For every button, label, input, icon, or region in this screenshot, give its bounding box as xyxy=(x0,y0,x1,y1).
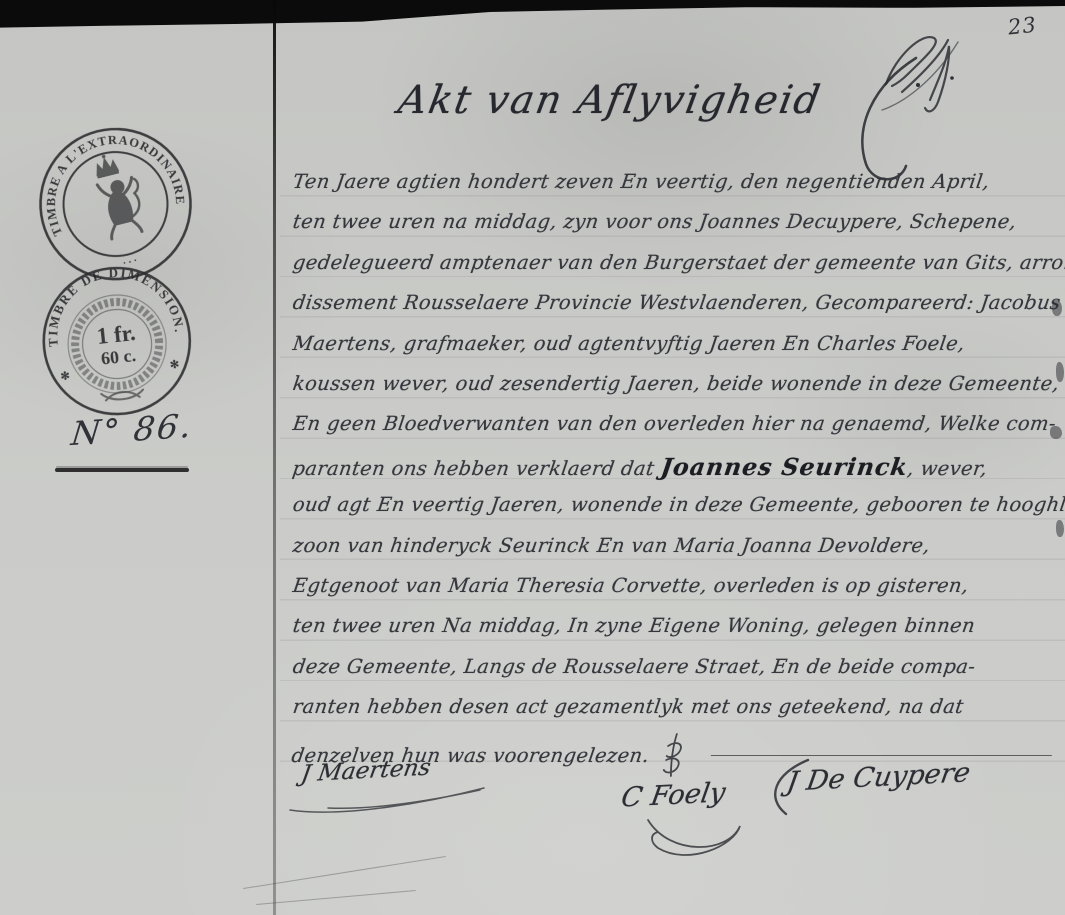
body-line: deze Gemeente, Langs de Rousselaere Stra… xyxy=(289,655,1061,695)
declaration-pre: paranten ons hebben verklaerd dat xyxy=(291,457,663,480)
scanned-death-record: 23 TIMBRE A L'EXTRAORDINAIRE · · · xyxy=(0,0,1065,915)
body-line: Ten Jaere agtien hondert zeven En veerti… xyxy=(289,170,1061,210)
body-line: zoon van hinderyck Seurinck En van Maria… xyxy=(289,534,1061,574)
crowned-lion-emblem-icon xyxy=(91,148,150,239)
pencil-scribble xyxy=(256,890,415,905)
stamp2-ornament-right: ✻ xyxy=(169,359,179,372)
act-number-underline xyxy=(55,468,189,472)
document-title: Akt van Aflyvigheid xyxy=(326,78,894,123)
body-line: Maertens, grafmaeker, oud agtentvyftig J… xyxy=(289,332,1061,372)
act-number: N° 86. xyxy=(69,406,195,453)
body-line: oud agt En veertig Jaeren, wonende in de… xyxy=(289,493,1061,533)
page-fold-line xyxy=(273,0,276,915)
edge-ink-bleed xyxy=(1050,426,1062,439)
body-line: ranten hebben desen act gezamentlyk met … xyxy=(289,695,1061,735)
edge-ink-bleed xyxy=(1056,520,1064,537)
act-body-text: Ten Jaere agtien hondert zeven En veerti… xyxy=(289,170,1055,776)
page-number: 23 xyxy=(1007,13,1038,40)
body-line: koussen wever, oud zesendertig Jaeren, b… xyxy=(289,372,1061,412)
signature-maertens-flourish xyxy=(284,780,494,820)
signature-foely-flourish xyxy=(636,812,766,864)
stamp-timbre-dimension: TIMBRE DE DIMENSION. ✻ ✻ 1 fr. 60 c. xyxy=(30,254,204,432)
body-line: En geen Bloedverwanten van den overleden… xyxy=(289,412,1061,452)
stamp2-value-centimes: 60 c. xyxy=(100,345,137,369)
body-line: ten twee uren na middag, zyn voor ons Jo… xyxy=(289,210,1061,250)
closing-paraph-icon xyxy=(660,733,688,779)
signature-witness-foely: C Foely xyxy=(619,777,728,813)
deceased-name: Joannes Seurinck xyxy=(659,453,909,481)
body-line: Egtgenoot van Maria Theresia Corvette, o… xyxy=(289,574,1061,614)
edge-ink-bleed xyxy=(1052,300,1062,316)
declaration-post: , wever, xyxy=(906,457,989,480)
body-line: gedelegueerd amptenaer van den Burgersta… xyxy=(289,251,1061,291)
stamp2-ornament-left: ✻ xyxy=(60,370,70,383)
body-line: dissement Rousselaere Provincie Westvlae… xyxy=(289,291,1061,331)
edge-ink-bleed xyxy=(1056,362,1064,382)
body-line-declaration: paranten ons hebben verklaerd dat Joanne… xyxy=(289,453,1061,493)
body-line: ten twee uren Na middag, In zyne Eigene … xyxy=(289,614,1061,654)
